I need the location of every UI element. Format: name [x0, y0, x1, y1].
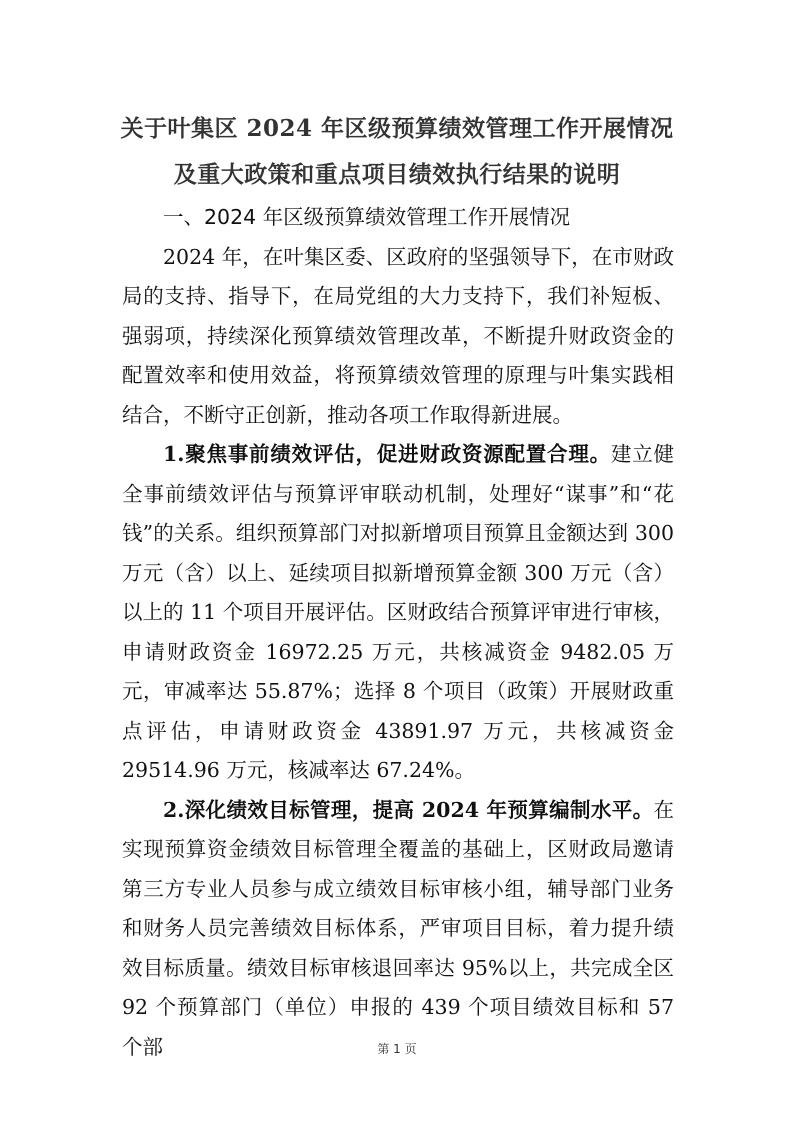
document-body: 一、2024 年区级预算绩效管理工作开展情况 2024 年，在叶集区委、区政府的… — [122, 198, 674, 1067]
intro-paragraph: 2024 年，在叶集区委、区政府的坚强领导下，在市财政局的支持、指导下，在局党组… — [122, 238, 674, 436]
item-1-body: 建立健全事前绩效评估与预算评审联动机制，处理好“谋事”和“花钱”的关系。组织预算… — [122, 442, 674, 782]
document-page: 关于叶集区 2024 年区级预算绩效管理工作开展情况 及重大政策和重点项目绩效执… — [0, 0, 794, 1122]
document-title-line-2: 及重大政策和重点项目绩效执行结果的说明 — [0, 156, 794, 189]
page-number: 第 1 页 — [0, 1040, 794, 1057]
item-2-body: 在实现预算资金绩效目标管理全覆盖的基础上，区财政局邀请第三方专业人员参与成立绩效… — [122, 798, 674, 1059]
item-paragraph-2: 2.深化绩效目标管理，提高 2024 年预算编制水平。在实现预算资金绩效目标管理… — [122, 791, 674, 1068]
item-1-lead: 1.聚焦事前绩效评估，促进财政资源配置合理。 — [163, 442, 611, 466]
document-title-line-1: 关于叶集区 2024 年区级预算绩效管理工作开展情况 — [0, 110, 794, 143]
item-2-lead: 2.深化绩效目标管理，提高 2024 年预算编制水平。 — [163, 798, 654, 822]
section-heading: 一、2024 年区级预算绩效管理工作开展情况 — [122, 198, 674, 238]
item-paragraph-1: 1.聚焦事前绩效评估，促进财政资源配置合理。建立健全事前绩效评估与预算评审联动机… — [122, 435, 674, 791]
